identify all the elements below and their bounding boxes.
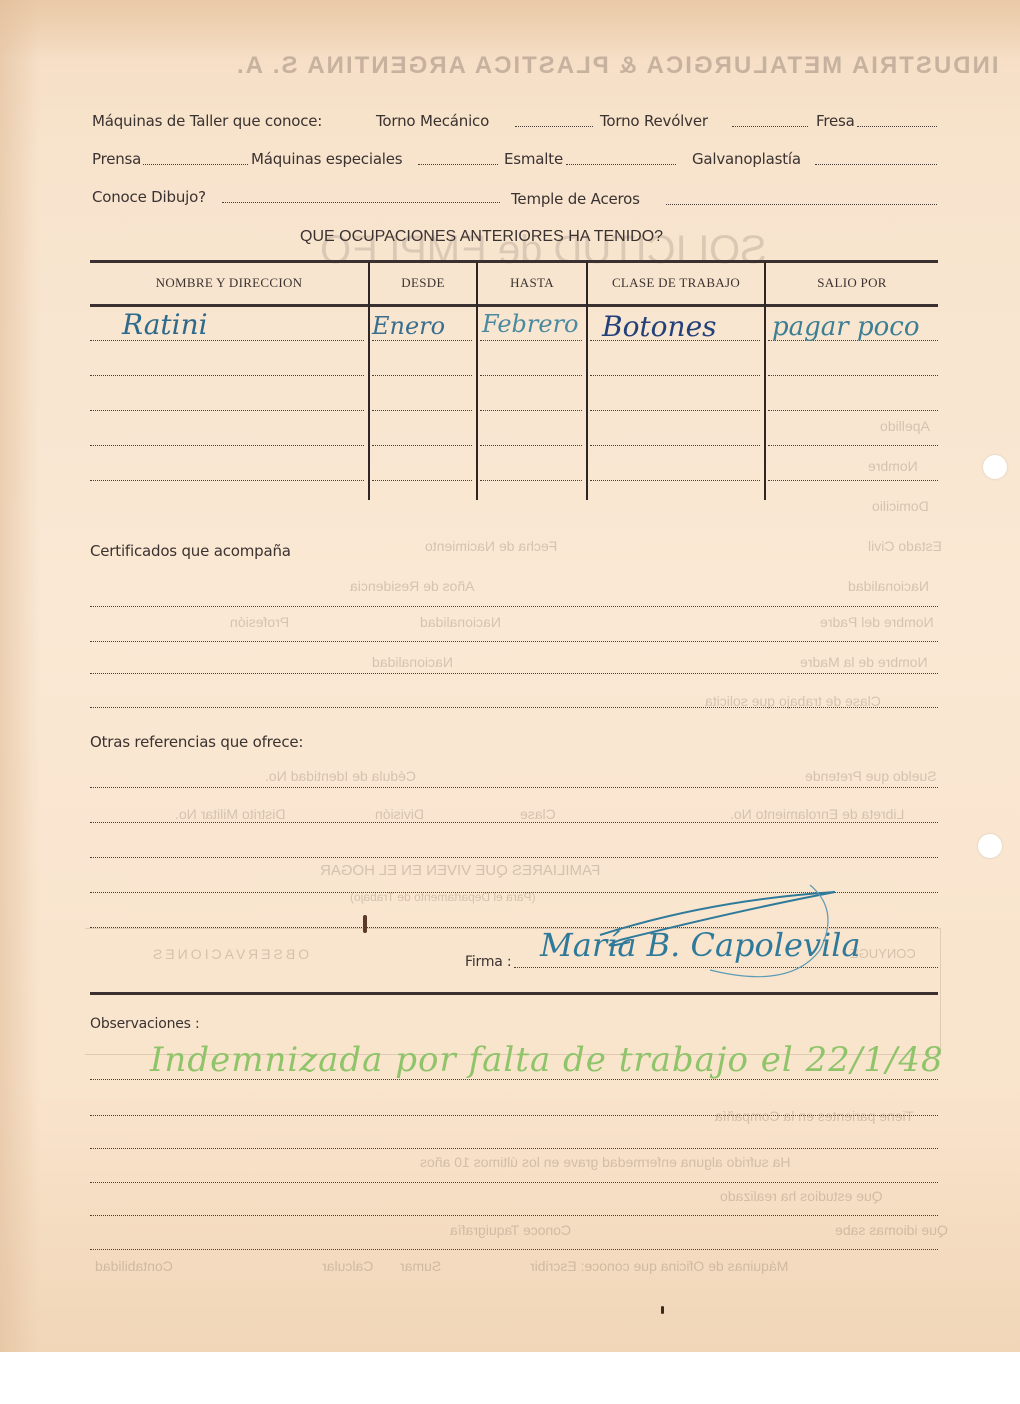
prensa-field[interactable] <box>143 164 248 165</box>
bleed-field: Profesión <box>230 614 289 630</box>
torno-revolver-label: Torno Revólver <box>600 112 708 130</box>
ink-speck <box>363 915 367 933</box>
bleed-field: Que idiomas sabe <box>835 1222 948 1238</box>
cell-salio[interactable]: pagar poco <box>772 312 920 342</box>
signature-label: Firma : <box>465 954 511 970</box>
table-header-rule <box>90 304 938 307</box>
cell-nombre[interactable]: Ratini <box>122 308 208 341</box>
certificates-line[interactable] <box>90 641 938 642</box>
bleed-field: Sumar <box>400 1258 441 1274</box>
temple-label: Temple de Aceros <box>511 190 640 208</box>
observations-line[interactable] <box>90 1115 938 1116</box>
bleed-field: Libreta de Enrolamiento No. <box>730 806 904 822</box>
bleed-field: Tiene parientes en la Compañía <box>715 1108 914 1124</box>
occupations-title: QUE OCUPACIONES ANTERIORES HA TENIDO? <box>300 228 663 246</box>
certificates-line[interactable] <box>90 606 938 607</box>
bleed-field: Contabilidad <box>95 1258 173 1274</box>
prensa-label: Prensa <box>92 150 141 168</box>
bleed-field: Nombre del Padre <box>820 614 934 630</box>
header-desde: DESDE <box>370 275 476 291</box>
cell-hasta[interactable]: Febrero <box>482 310 579 338</box>
references-label: Otras referencias que ofrece: <box>90 733 303 751</box>
maquinas-especiales-label: Máquinas especiales <box>251 150 402 168</box>
cell-clase[interactable]: Botones <box>602 310 717 343</box>
bleed-header: INDUSTRIA METALURGICA & PLASTICA ARGENTI… <box>235 52 999 80</box>
header-salio: SALIO POR <box>766 275 938 291</box>
bleed-field: Años de Residencia <box>350 578 475 594</box>
observations-line[interactable] <box>90 1182 938 1183</box>
observations-line[interactable] <box>90 1215 938 1216</box>
bleed-field: Sueldo que Pretende <box>805 768 937 784</box>
col-divider <box>476 262 478 500</box>
bleed-field: Apellido <box>880 418 930 434</box>
machines-label: Máquinas de Taller que conoce: <box>92 112 322 130</box>
cell-desde[interactable]: Enero <box>372 312 445 340</box>
punch-hole <box>983 455 1007 479</box>
paper-sheet: INDUSTRIA METALURGICA & PLASTICA ARGENTI… <box>0 0 1020 1352</box>
ink-speck <box>661 1306 664 1314</box>
conoce-dibujo-field[interactable] <box>222 202 500 203</box>
conoce-dibujo-label: Conoce Dibujo? <box>92 188 206 206</box>
header-clase: CLASE DE TRABAJO <box>588 275 764 291</box>
bleed-field: Nacionalidad <box>372 654 453 670</box>
bleed-field: Clase <box>520 806 556 822</box>
bleed-field: Fecha de Nacimiento <box>425 538 557 554</box>
signature-rule <box>90 992 938 995</box>
torno-mecanico-field[interactable] <box>515 126 593 127</box>
galvanoplastia-field[interactable] <box>815 164 937 165</box>
bleed-field: Nacionalidad <box>848 578 929 594</box>
fresa-label: Fresa <box>816 112 855 130</box>
bleed-field: Nombre de la Madre <box>800 654 928 670</box>
bleed-field: Máquinas de Oficina que conoce: Escribir <box>530 1258 788 1274</box>
references-line[interactable] <box>90 787 938 788</box>
observations-value[interactable]: Indemnizada por falta de trabajo el 22/1… <box>150 1040 944 1080</box>
signature-flourish-icon <box>590 880 850 1000</box>
bleed-field: Domicilio <box>872 498 929 514</box>
observations-line[interactable] <box>90 1249 938 1250</box>
references-line[interactable] <box>90 857 938 858</box>
temple-field[interactable] <box>666 204 937 205</box>
certificates-line[interactable] <box>90 707 938 708</box>
torno-revolver-field[interactable] <box>732 126 808 127</box>
bleed-field: División <box>375 806 424 822</box>
punch-hole <box>978 834 1002 858</box>
observations-label: Observaciones : <box>90 1016 200 1032</box>
col-divider <box>368 262 370 500</box>
bleed-field: Nombre <box>868 458 918 474</box>
references-line[interactable] <box>90 822 938 823</box>
bleed-field: Que estudios ha realizado <box>720 1188 883 1204</box>
bleed-field: Calcular <box>322 1258 373 1274</box>
header-hasta: HASTA <box>478 275 586 291</box>
col-divider <box>586 262 588 500</box>
bleed-field: Nacionalidad <box>420 614 501 630</box>
observations-line[interactable] <box>90 1148 938 1149</box>
bleed-field: Ha sufrido alguna enfermedad grave en lo… <box>420 1154 790 1170</box>
fresa-field[interactable] <box>857 126 937 127</box>
bleed-field: Estado Civil <box>868 538 942 554</box>
header-nombre: NOMBRE Y DIRECCION <box>90 275 368 291</box>
bleed-field: Cédula de Identidad No. <box>265 768 416 784</box>
certificates-label: Certificados que acompaña <box>90 542 291 560</box>
esmalte-field[interactable] <box>566 164 676 165</box>
bleed-field: Distrito Militar No. <box>175 806 285 822</box>
bleed-field: Conoce Taquigrafía <box>450 1222 571 1238</box>
esmalte-label: Esmalte <box>504 150 563 168</box>
table-top-rule <box>90 260 938 263</box>
maquinas-especiales-field[interactable] <box>418 164 498 165</box>
certificates-line[interactable] <box>90 673 938 674</box>
galvanoplastia-label: Galvanoplastía <box>692 150 801 168</box>
col-divider <box>764 262 766 500</box>
torno-mecanico-label: Torno Mecánico <box>376 112 489 130</box>
bleed-field: FAMILIARES QUE VIVEN EN EL HOGAR <box>320 862 600 879</box>
